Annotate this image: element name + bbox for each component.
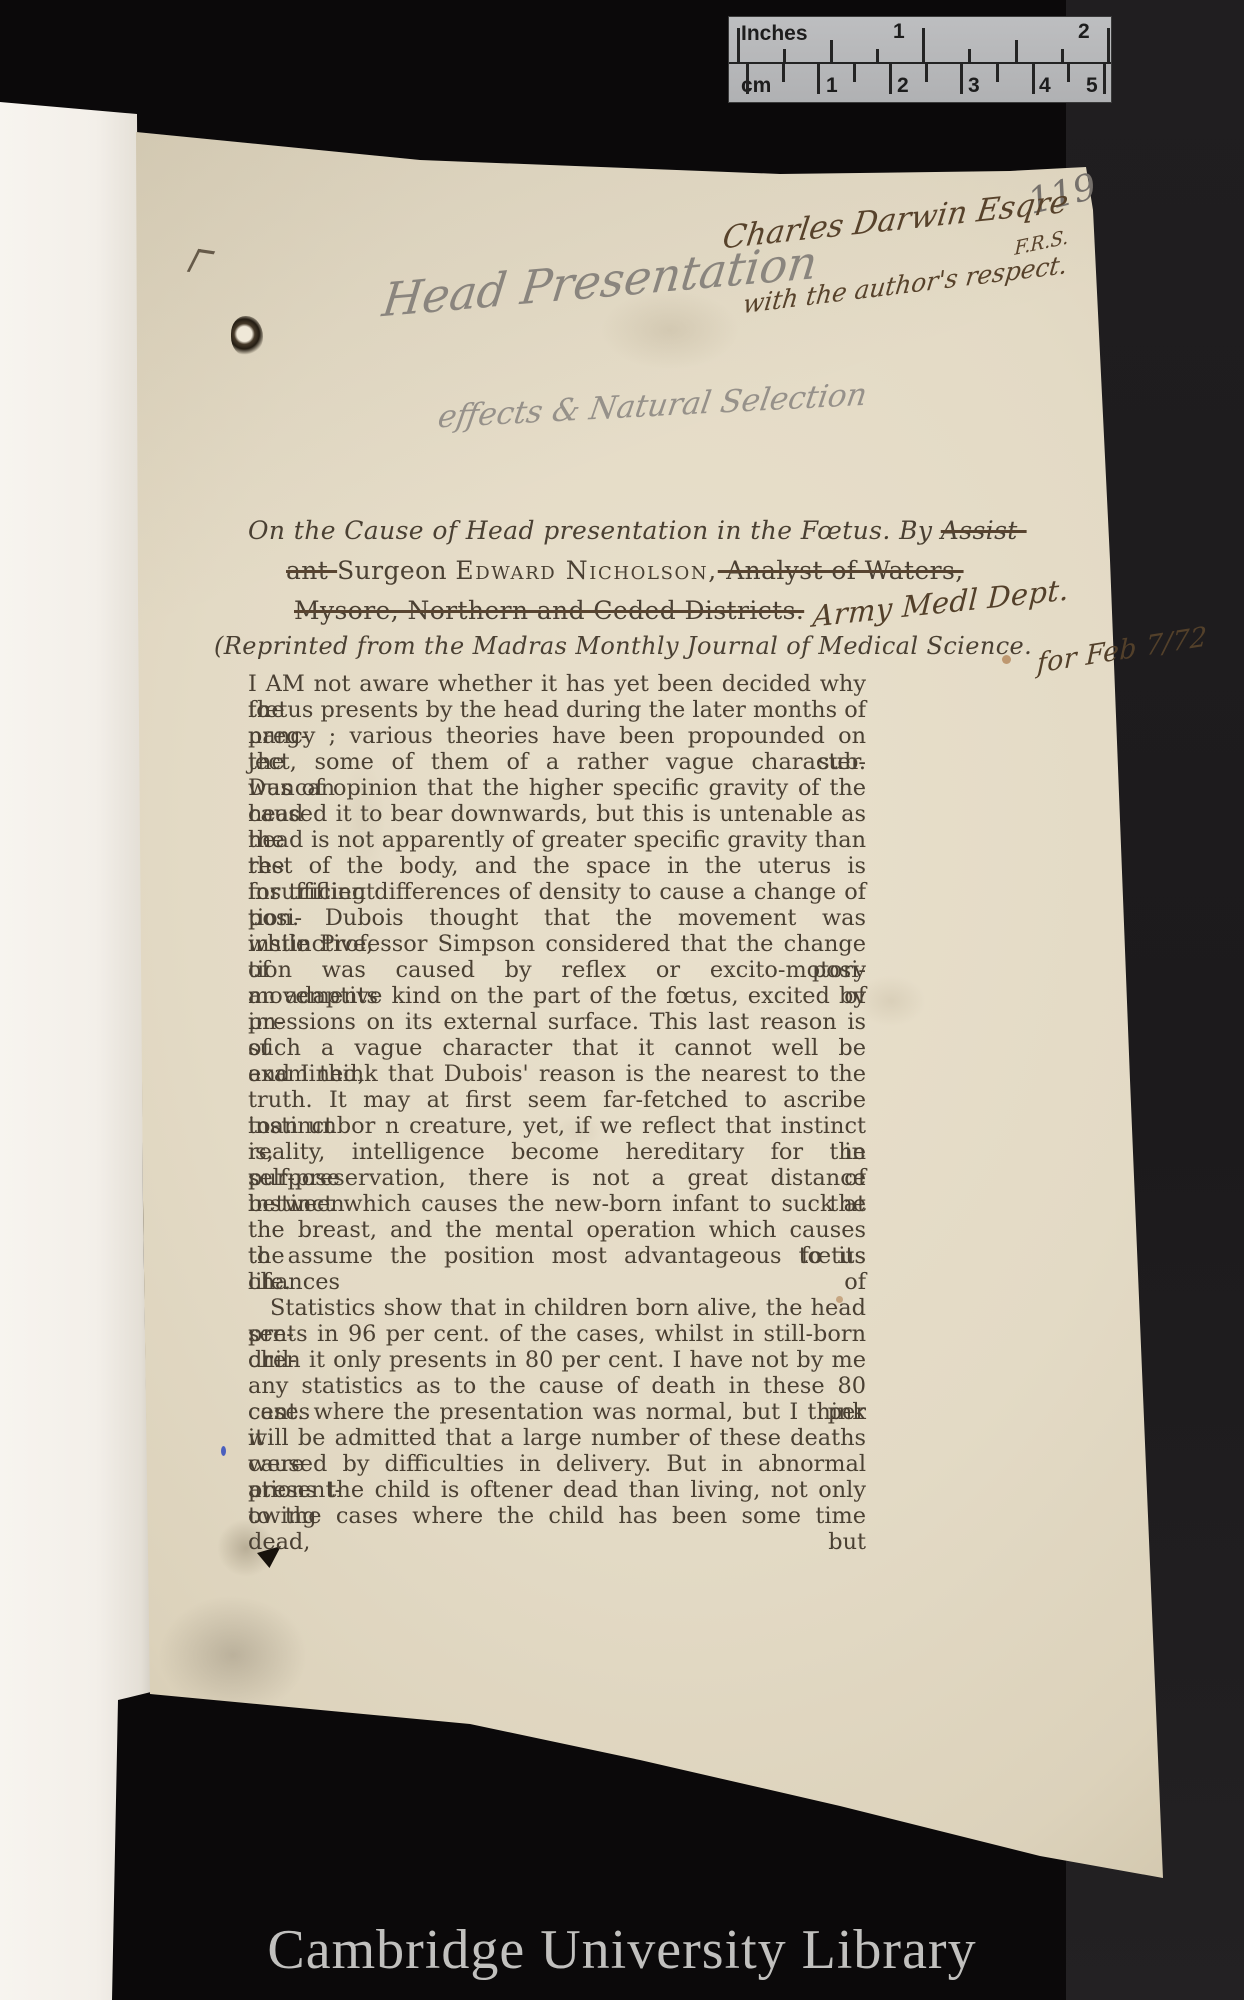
ruler-tick	[996, 64, 999, 82]
ruler-divider	[729, 62, 1111, 64]
ruler-tick	[782, 64, 785, 82]
text-segment: (Reprinted from the Madras Monthly Journ…	[214, 632, 1032, 660]
article-title-line-1: On the Cause of Head presentation in the…	[248, 516, 1027, 545]
text-line: an adaptive kind on the part of the fœtu…	[248, 983, 866, 1009]
text-line: to the cases where the child has been so…	[248, 1503, 866, 1529]
text-line: Statistics show that in children born al…	[248, 1295, 866, 1321]
text-line: caused by difficulties in delivery. But …	[248, 1451, 866, 1477]
ruler-tick	[1015, 40, 1018, 62]
ruler-tick	[853, 64, 856, 82]
text-line: the breast, and the mental operation whi…	[248, 1217, 866, 1243]
text-line: any statistics as to the cause of death …	[248, 1373, 866, 1399]
paragraph: Statistics show that in children born al…	[248, 1295, 866, 1529]
text-line: dren it only presents in 80 per cent. I …	[248, 1347, 866, 1373]
ruler-tick	[783, 49, 786, 62]
ruler-inch-number: 2	[1078, 20, 1090, 44]
text-line: such a vague character that it cannot we…	[248, 1035, 866, 1061]
ruler-inch-number: 1	[893, 20, 905, 44]
text-line: for trifling differences of density to c…	[248, 879, 866, 905]
ruler-tick	[830, 40, 833, 62]
library-watermark: Cambridge University Library	[0, 1918, 1244, 1982]
ruler-tick	[968, 49, 971, 62]
text-line: fœtus presents by the head during the la…	[248, 697, 866, 723]
ruler-tick	[746, 64, 749, 94]
paper-stain	[856, 975, 926, 1027]
ruler-cm-number: 4	[1039, 74, 1051, 98]
text-line: cent. where the presentation was normal,…	[248, 1399, 866, 1425]
ruler-cm-number: 5	[1086, 74, 1098, 98]
ruler-tick	[960, 64, 963, 94]
ruler: Inches cm 1 2 1 2 3 4 5	[728, 16, 1112, 103]
text-line: rest of the body, and the space in the u…	[248, 853, 866, 879]
text-line: I AM not aware whether it has yet been d…	[248, 671, 866, 697]
ruler-tick	[922, 28, 925, 62]
text-line: ations the child is oftener dead than li…	[248, 1477, 866, 1503]
text-line: toan unbor n creature, yet, if we reflec…	[248, 1113, 866, 1139]
article-title-line-3: Mysore, Northern and Ceded Districts.Arm…	[294, 592, 1070, 626]
text-line: ject, some of them of a rather vague cha…	[248, 749, 866, 775]
text-line: instinct which causes the new-born infan…	[248, 1191, 866, 1217]
ruler-tick	[876, 49, 879, 62]
text-segment: On the Cause of Head presentation in the…	[248, 516, 941, 545]
text-segment: Mysore, Northern and Ceded Districts.	[294, 596, 804, 625]
text-line: pressions on its external surface. This …	[248, 1009, 866, 1035]
text-segment: ant-	[286, 556, 337, 585]
text-segment: Assist-	[941, 516, 1027, 545]
text-line: and I think that Dubois' reason is the n…	[248, 1061, 866, 1087]
text-line: was of opinion that the higher specific …	[248, 775, 866, 801]
text-line: self-preservation, there is not a great …	[248, 1165, 866, 1191]
ink-blot-hole	[231, 316, 263, 356]
article-body: I AM not aware whether it has yet been d…	[248, 671, 866, 1529]
ruler-cm-number: 3	[968, 74, 980, 98]
ruler-tick	[1032, 64, 1035, 94]
text-line: nancy ; various theories have been propo…	[248, 723, 866, 749]
ruler-inches-label: Inches	[741, 22, 808, 46]
ruler-tick	[817, 64, 820, 94]
ruler-cm-number: 2	[897, 74, 909, 98]
text-line: head is not apparently of greater specif…	[248, 827, 866, 853]
reprint-source-line: (Reprinted from the Madras Monthly Journ…	[214, 630, 1208, 661]
text-line: caused it to bear downwards, but this is…	[248, 801, 866, 827]
text-line: truth. It may at first seem far-fetched …	[248, 1087, 866, 1113]
text-line: tion was caused by reflex or excito-moto…	[248, 957, 866, 983]
ruler-tick	[1103, 64, 1106, 94]
text-line: to assume the position most advantageous…	[248, 1243, 866, 1269]
text-line: sents in 96 per cent. of the cases, whil…	[248, 1321, 866, 1347]
text-line: while Professor Simpson considered that …	[248, 931, 866, 957]
text-line: will be admitted that a large number of …	[248, 1425, 866, 1451]
ruler-tick	[737, 28, 740, 62]
text-segment: Analyst of Waters,	[718, 556, 964, 585]
ruler-tick	[925, 64, 928, 82]
ruler-tick	[1061, 49, 1064, 62]
margin-ink-mark	[187, 249, 215, 274]
ruler-tick	[889, 64, 892, 94]
article-title-line-2: ant-Surgeon Edward Nicholson, Analyst of…	[286, 556, 964, 585]
paragraph: I AM not aware whether it has yet been d…	[248, 671, 866, 1295]
ruler-tick	[1107, 28, 1110, 62]
text-segment: Surgeon	[337, 556, 455, 585]
underlying-white-sheet	[0, 0, 160, 2000]
blue-ink-speck	[221, 1446, 226, 1456]
text-line: reality, intelligence become hereditary …	[248, 1139, 866, 1165]
ruler-tick	[1067, 64, 1070, 82]
photo-stage: 119 Charles Darwin Esqre F.R.S. with the…	[0, 0, 1244, 2000]
paper-stain	[158, 1595, 308, 1715]
text-line: tion. Dubois thought that the movement w…	[248, 905, 866, 931]
text-segment: Edward Nicholson,	[455, 556, 717, 585]
ruler-cm-number: 1	[826, 74, 838, 98]
